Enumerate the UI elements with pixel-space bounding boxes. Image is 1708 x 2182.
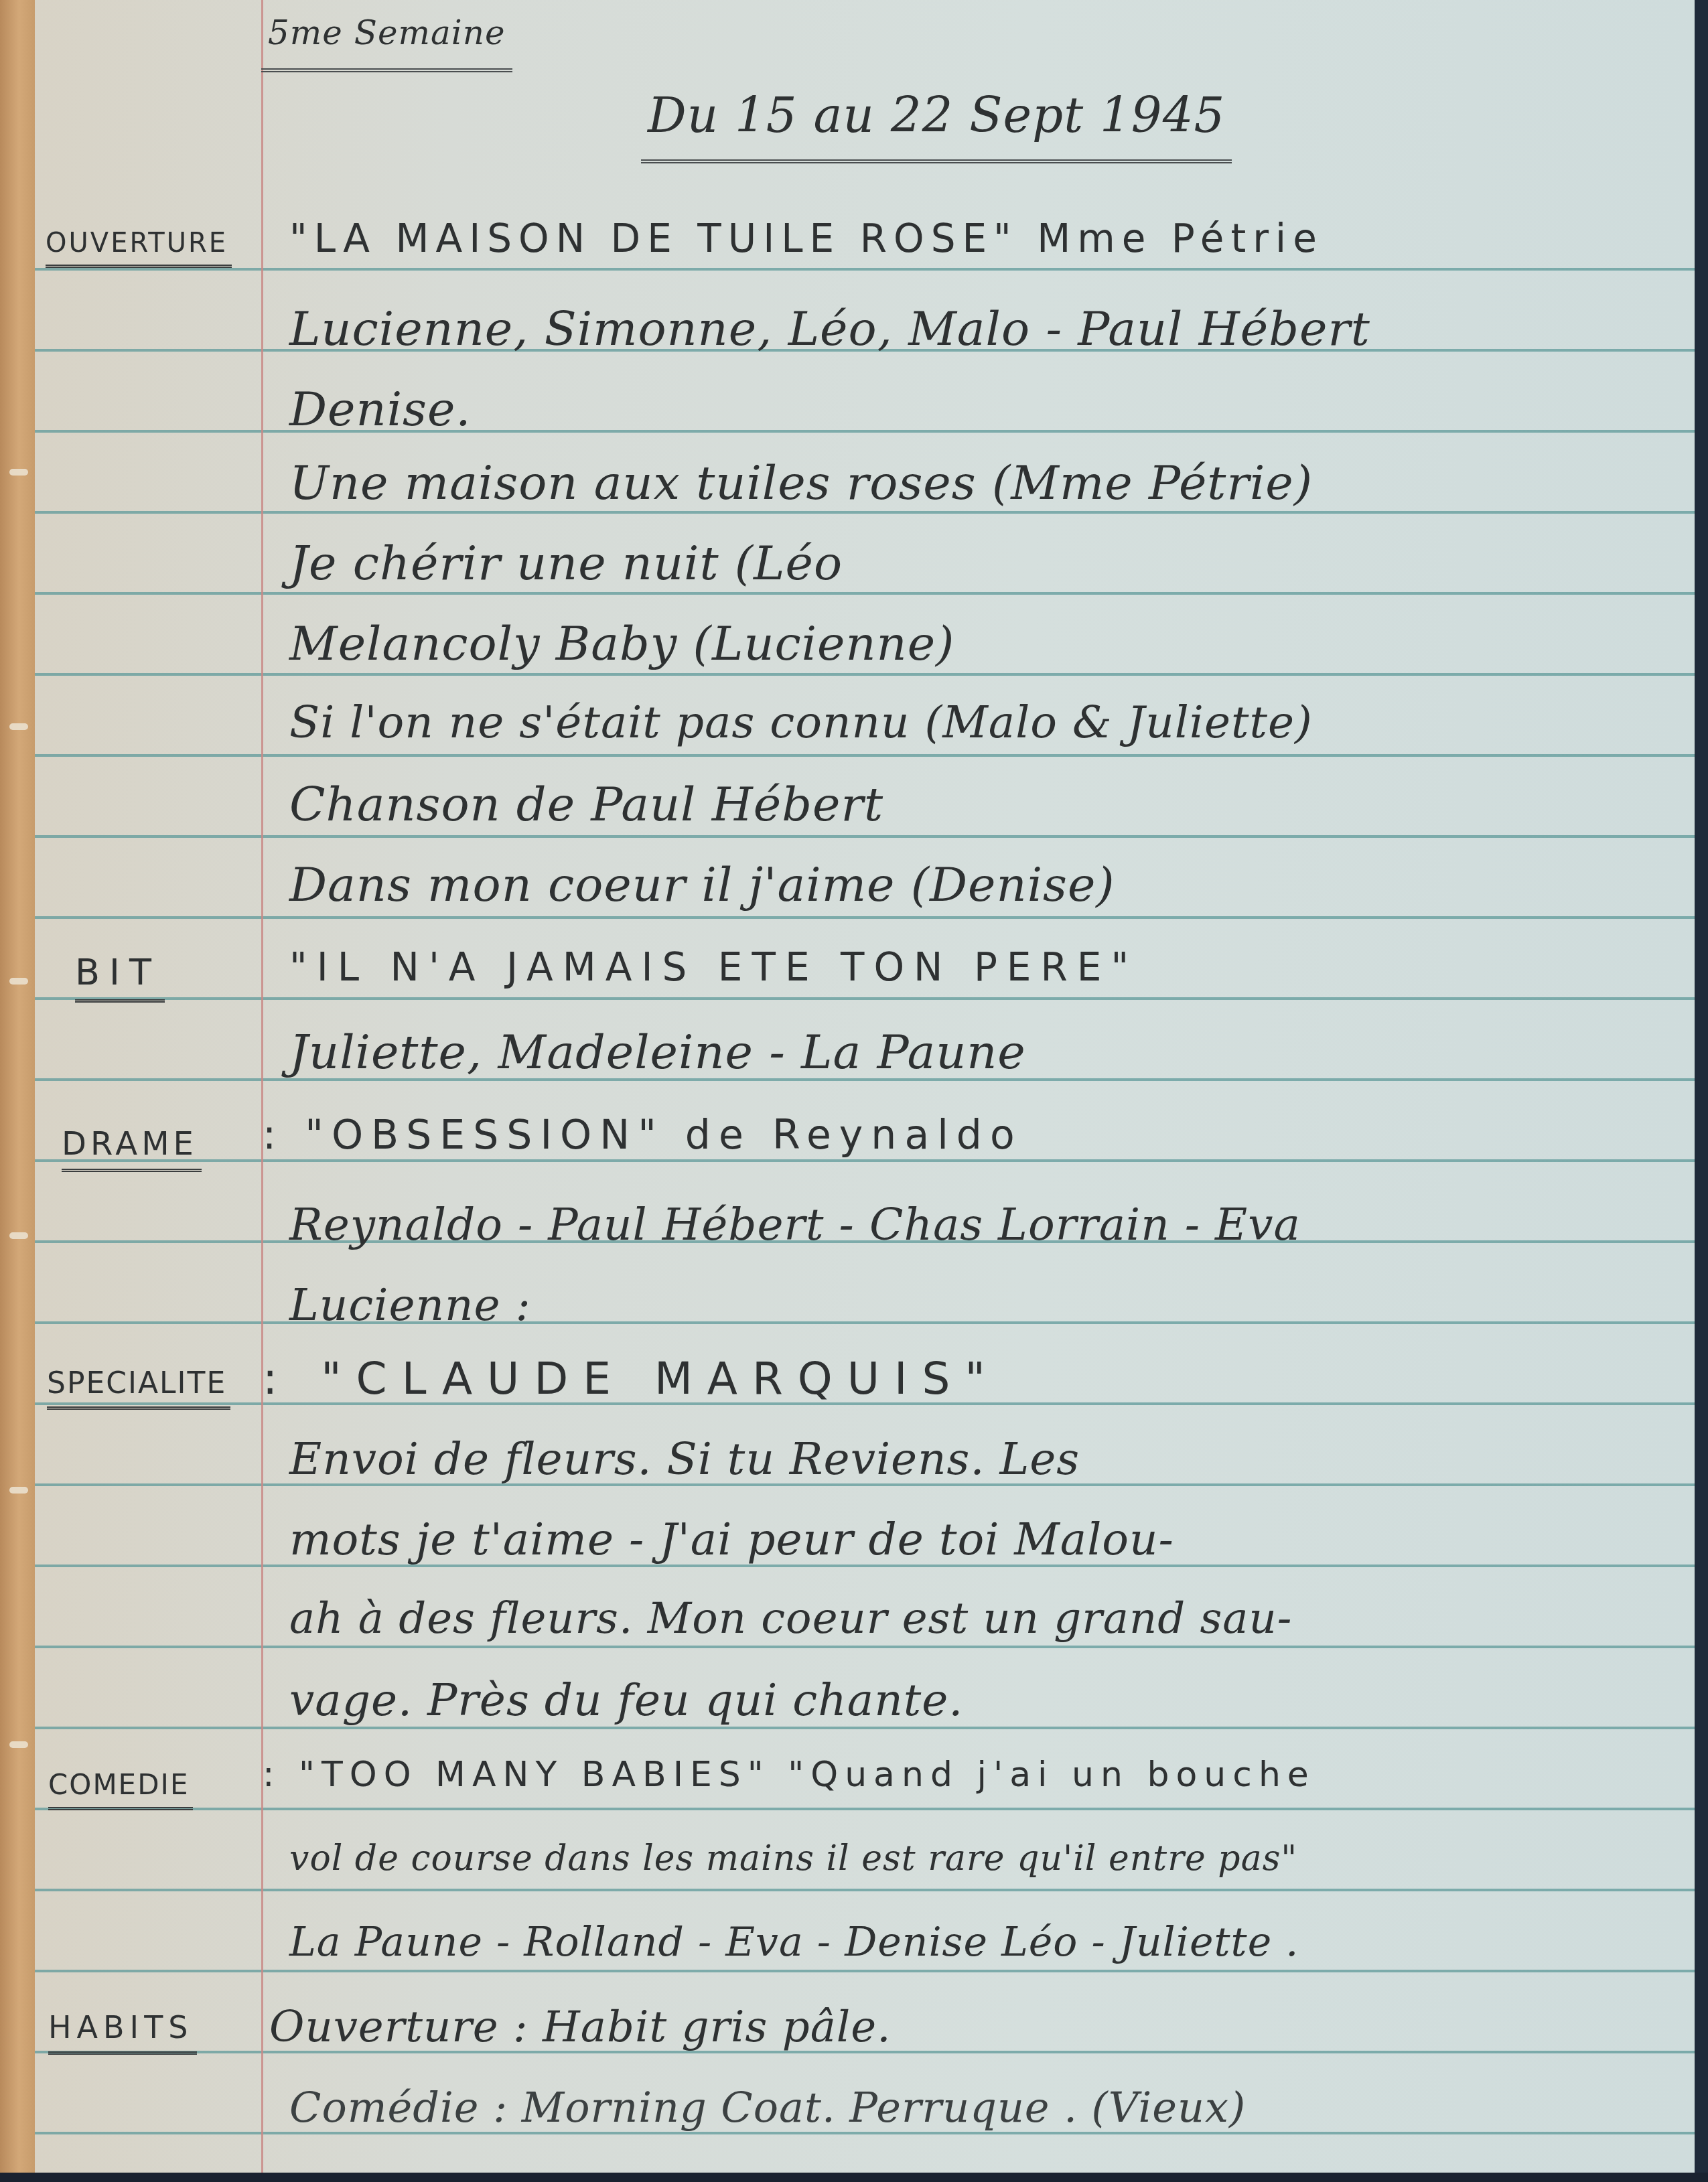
- binding-stitch: [9, 978, 28, 985]
- ouverture-line: Melancoly Baby (Lucienne): [289, 616, 954, 671]
- section-label-habits: HABITS: [48, 2009, 193, 2045]
- section-label-drame: DRAME: [62, 1125, 198, 1163]
- section-title-specialite: : "CLAUDE MARQUIS": [263, 1353, 1000, 1404]
- habits-line: Comédie : Morning Coat. Perruque . (Vieu…: [289, 2083, 1246, 2132]
- ouverture-line: Si l'on ne s'était pas connu (Malo & Jul…: [289, 697, 1313, 748]
- week-label: 5me Semaine: [268, 13, 506, 52]
- binding-stitch: [9, 1741, 28, 1748]
- ouverture-line: Je chérir une nuit (Léo: [289, 536, 843, 591]
- section-title-bit: "IL N'A JAMAIS ETE TON PERE": [289, 944, 1138, 990]
- ruled-line: [35, 2132, 1695, 2134]
- margin-line: [261, 0, 263, 2175]
- section-label-comedie: COMEDIE: [48, 1768, 189, 1801]
- ruled-line: [35, 1808, 1695, 1810]
- binding-stitch: [9, 469, 28, 476]
- ruled-line: [35, 1646, 1695, 1648]
- binding-stitch: [9, 723, 28, 730]
- specialite-line: mots je t'aime - J'ai peur de toi Malou-: [289, 1514, 1174, 1565]
- section-label-ouverture: OUVERTURE: [46, 228, 228, 259]
- specialite-line: Envoi de fleurs. Si tu Reviens. Les: [289, 1433, 1080, 1485]
- ouverture-line: Denise.: [289, 382, 472, 437]
- page-shadow: [0, 2173, 1708, 2182]
- ruled-line: [35, 1889, 1695, 1891]
- notebook-binding: [0, 0, 35, 2182]
- section-title-drame: : "OBSESSION" de Reynaldo: [263, 1112, 1023, 1159]
- binding-stitch: [9, 1487, 28, 1494]
- ouverture-line: Une maison aux tuiles roses (Mme Pétrie): [289, 455, 1313, 510]
- ruled-line: [35, 916, 1695, 919]
- ouverture-line: Chanson de Paul Hébert: [289, 777, 883, 832]
- notebook-page: 5me Semaine Du 15 au 22 Sept 1945 OUVERT…: [35, 0, 1695, 2175]
- ruled-line: [35, 1970, 1695, 1972]
- drame-line: Lucienne :: [289, 1279, 531, 1331]
- comedie-line: vol de course dans les mains il est rare…: [289, 1838, 1297, 1879]
- specialite-line: ah à des fleurs. Mon coeur est un grand …: [289, 1594, 1292, 1644]
- ruled-line: [35, 592, 1695, 595]
- binding-stitch: [9, 1232, 28, 1239]
- ruled-line: [35, 430, 1695, 433]
- specialite-line: vage. Près du feu qui chante.: [289, 1674, 963, 1726]
- ruled-line: [35, 997, 1695, 1000]
- ruled-line: [35, 754, 1695, 757]
- ruled-line: [35, 673, 1695, 676]
- bit-line: Juliette, Madeleine - La Paune: [289, 1025, 1026, 1080]
- date-range: Du 15 au 22 Sept 1945: [648, 87, 1225, 143]
- comedie-line: La Paune - Rolland - Eva - Denise Léo - …: [289, 1919, 1299, 1966]
- ruled-line: [35, 1159, 1695, 1162]
- section-title-ouverture: "LA MAISON DE TUILE ROSE" Mme Pétrie: [289, 216, 1324, 261]
- ruled-line: [35, 268, 1695, 271]
- ruled-line: [35, 835, 1695, 838]
- ruled-line: [35, 511, 1695, 514]
- ruled-line: [35, 1727, 1695, 1729]
- habits-line: Ouverture : Habit gris pâle.: [269, 2003, 891, 2052]
- ruled-line: [35, 1321, 1695, 1324]
- ouverture-line: Dans mon coeur il j'aime (Denise): [289, 857, 1115, 912]
- ouverture-line: Lucienne, Simonne, Léo, Malo - Paul Hébe…: [289, 301, 1370, 356]
- section-label-bit: BIT: [75, 951, 161, 993]
- section-title-comedie: : "TOO MANY BABIES" "Quand j'ai un bouch…: [263, 1755, 1315, 1795]
- section-label-specialite: SPECIALITE: [47, 1366, 226, 1400]
- drame-line: Reynaldo - Paul Hébert - Chas Lorrain - …: [289, 1199, 1301, 1250]
